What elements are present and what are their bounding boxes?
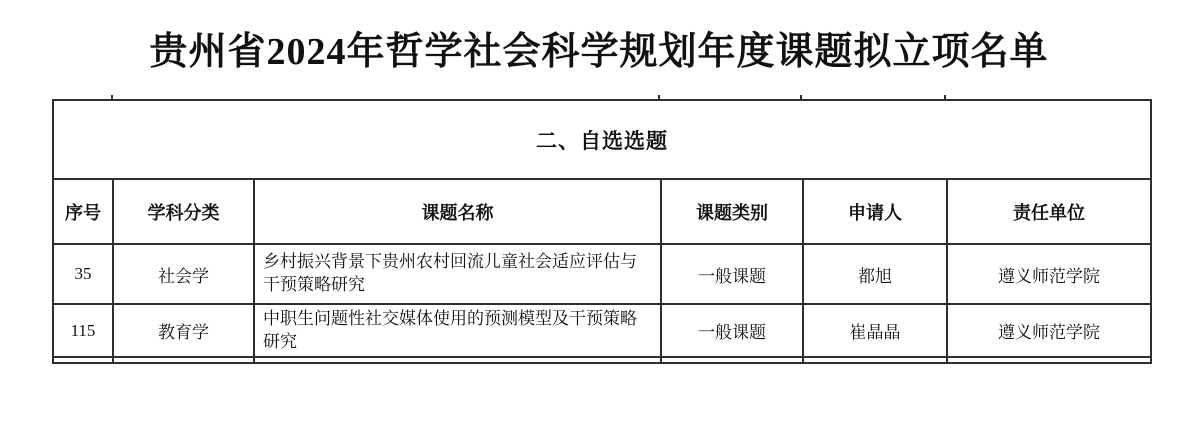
- section-header: 二、自选选题: [53, 100, 1151, 179]
- cell-discipline: 教育学: [113, 304, 254, 357]
- cell-discipline: 社会学: [113, 244, 254, 304]
- cropped-next-row: [53, 357, 1151, 363]
- table-row: 35 社会学 乡村振兴背景下贵州农村回流儿童社会适应评估与干预策略研究 一般课题…: [53, 244, 1151, 304]
- cell-category: 一般课题: [661, 244, 803, 304]
- page-title: 贵州省2024年哲学社会科学规划年度课题拟立项名单: [0, 20, 1198, 75]
- cell-no: 115: [53, 304, 113, 357]
- column-header-applicant: 申请人: [803, 179, 947, 244]
- cell-applicant: 崔晶晶: [803, 304, 947, 357]
- projects-table: 二、自选选题 序号 学科分类 课题名称 课题类别 申请人 责任单位 35 社会学…: [52, 99, 1152, 364]
- page: { "page": { "title": "贵州省2024年哲学社会科学规划年度…: [0, 0, 1198, 439]
- cell-unit: 遵义师范学院: [947, 244, 1151, 304]
- column-header-discipline: 学科分类: [113, 179, 254, 244]
- cell-no: 35: [53, 244, 113, 304]
- column-boundary-tick: [658, 95, 660, 100]
- column-header-unit: 责任单位: [947, 179, 1151, 244]
- table-row: 115 教育学 中职生问题性社交媒体使用的预测模型及干预策略研究 一般课题 崔晶…: [53, 304, 1151, 357]
- column-header-no: 序号: [53, 179, 113, 244]
- cell-unit: 遵义师范学院: [947, 304, 1151, 357]
- column-header-row: 序号 学科分类 课题名称 课题类别 申请人 责任单位: [53, 179, 1151, 244]
- column-boundary-tick: [111, 95, 113, 100]
- cell-applicant: 都旭: [803, 244, 947, 304]
- section-header-row: 二、自选选题: [53, 100, 1151, 179]
- cell-category: 一般课题: [661, 304, 803, 357]
- column-boundary-tick: [944, 95, 946, 100]
- column-header-topic: 课题名称: [254, 179, 661, 244]
- projects-table-wrap: 二、自选选题 序号 学科分类 课题名称 课题类别 申请人 责任单位 35 社会学…: [52, 99, 1150, 364]
- cell-topic: 中职生问题性社交媒体使用的预测模型及干预策略研究: [254, 304, 661, 357]
- cell-topic: 乡村振兴背景下贵州农村回流儿童社会适应评估与干预策略研究: [254, 244, 661, 304]
- column-boundary-tick: [800, 95, 802, 100]
- column-header-category: 课题类别: [661, 179, 803, 244]
